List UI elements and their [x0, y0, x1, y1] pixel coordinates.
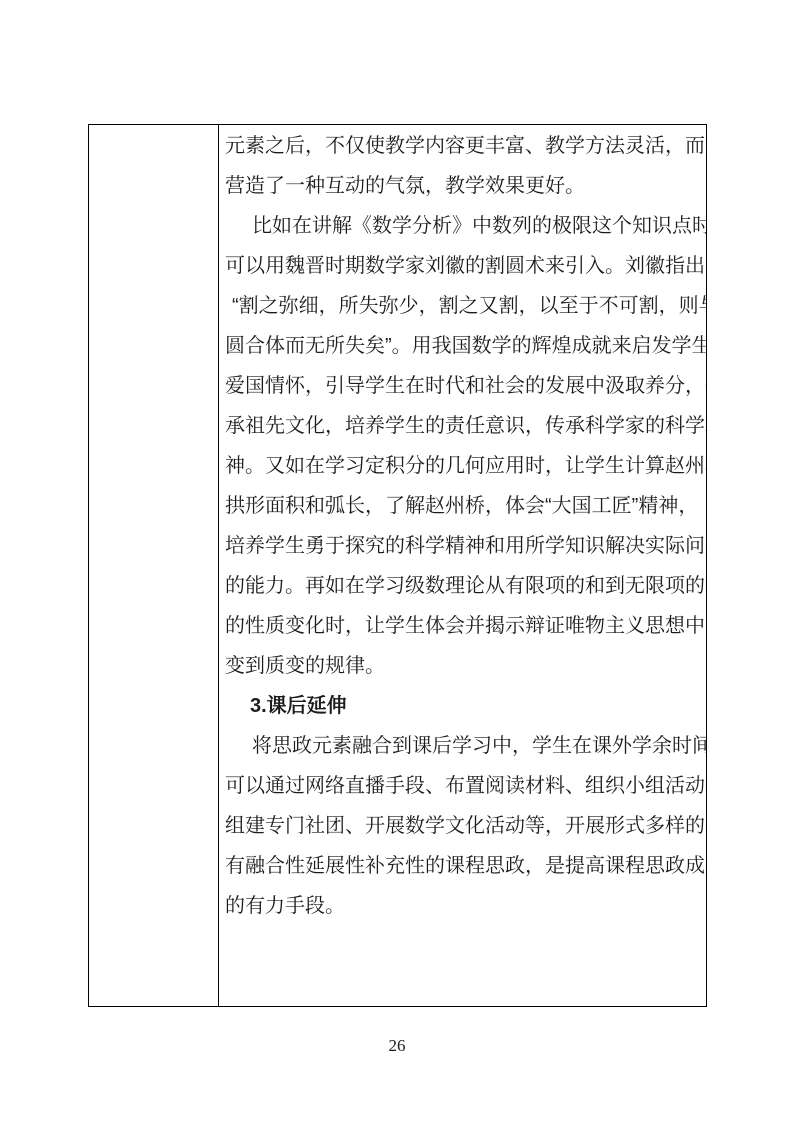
- text-line-9: 拱形面积和弧长，了解赵州桥，体会“大国工匠”精神，: [225, 486, 701, 526]
- text-line-8: 神。又如在学习定积分的几何应用时，让学生计算赵州桥: [225, 446, 701, 486]
- text-line-17: 组建专门社团、开展数学文化活动等，开展形式多样的具: [225, 806, 701, 846]
- text-line-18: 有融合性延展性补充性的课程思政，是提高课程思政成效: [225, 846, 701, 886]
- text-line-6: 爱国情怀，引导学生在时代和社会的发展中汲取养分，传: [225, 366, 701, 406]
- text-line-2: 比如在讲解《数学分析》中数列的极限这个知识点时，: [225, 206, 701, 246]
- text-line-4: “割之弥细，所失弥少，割之又割，以至于不可割，则与: [225, 286, 701, 326]
- text-line-10: 培养学生勇于探究的科学精神和用所学知识解决实际问题: [225, 526, 701, 566]
- table-body-cell: 元素之后，不仅使教学内容更丰富、教学方法灵活，而且 营造了一种互动的气氛，教学效…: [219, 125, 706, 1006]
- text-line-15: 将思政元素融合到课后学习中，学生在课外学余时间，: [225, 726, 701, 766]
- section-heading: 3.课后延伸: [225, 686, 701, 726]
- document-table: 元素之后，不仅使教学内容更丰富、教学方法灵活，而且 营造了一种互动的气氛，教学效…: [88, 124, 707, 1007]
- text-line-11: 的能力。再如在学习级数理论从有限项的和到无限项的和: [225, 566, 701, 606]
- text-line-0: 元素之后，不仅使教学内容更丰富、教学方法灵活，而且: [225, 126, 701, 166]
- page-number: 26: [0, 1036, 794, 1056]
- text-line-16: 可以通过网络直播手段、布置阅读材料、组织小组活动、: [225, 766, 701, 806]
- table-left-cell: [89, 125, 219, 1006]
- text-line-12: 的性质变化时，让学生体会并揭示辩证唯物主义思想中量: [225, 606, 701, 646]
- document-page: 元素之后，不仅使教学内容更丰富、教学方法灵活，而且 营造了一种互动的气氛，教学效…: [0, 0, 794, 1123]
- text-line-7: 承祖先文化，培养学生的责任意识，传承科学家的科学精: [225, 406, 701, 446]
- text-line-19: 的有力手段。: [225, 886, 701, 926]
- text-line-13: 变到质变的规律。: [225, 646, 701, 686]
- text-line-3: 可以用魏晋时期数学家刘徽的割圆术来引入。刘徽指出：: [225, 246, 701, 286]
- text-line-5: 圆合体而无所失矣”。用我国数学的辉煌成就来启发学生的: [225, 326, 701, 366]
- text-line-1: 营造了一种互动的气氛，教学效果更好。: [225, 166, 701, 206]
